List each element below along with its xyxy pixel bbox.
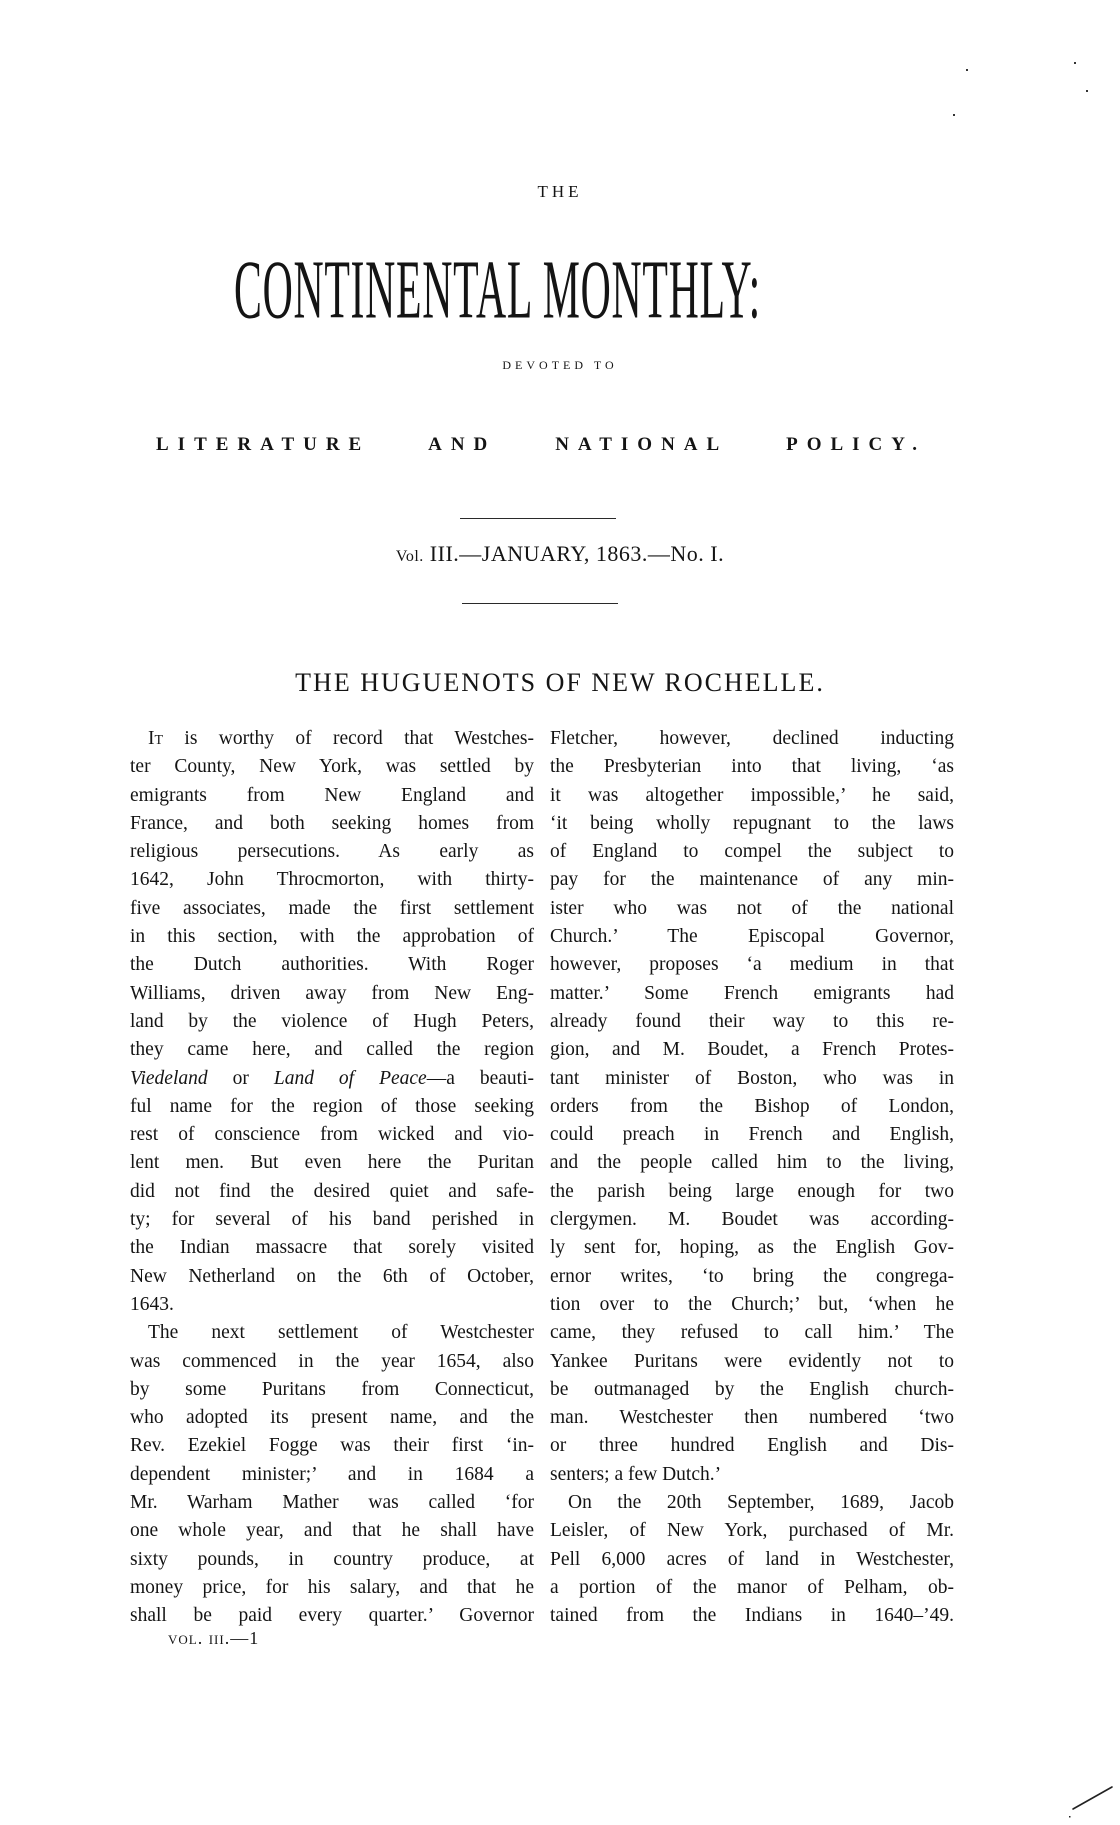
text-line: Rev. Ezekiel Fogge was their first ‘in- (130, 1432, 534, 1460)
text-line: pay for the maintenance of any min- (550, 866, 954, 894)
text-line: came, they refused to call him.’ The (550, 1319, 954, 1347)
scan-speck (966, 69, 968, 71)
text-line: 1642, John Throcmorton, with thirty- (130, 866, 534, 894)
magazine-title: CONTINENTAL MONTHLY: (234, 254, 850, 326)
text-line: ‘it being wholly repugnant to the laws (550, 810, 954, 838)
text-line: be outmanaged by the English church- (550, 1376, 954, 1404)
text-line: On the 20th September, 1689, Jacob (550, 1489, 954, 1517)
text-line: and the people called him to the living, (550, 1149, 954, 1177)
text-line: money price, for his salary, and that he (130, 1574, 534, 1602)
text-line: ly sent for, hoping, as the English Gov- (550, 1234, 954, 1262)
text-line: New Netherland on the 6th of October, (130, 1263, 534, 1291)
italic-place-name: Viedeland (130, 1068, 208, 1089)
text-line: could preach in French and English, (550, 1121, 954, 1149)
text-line: ter County, New York, was settled by (130, 753, 534, 781)
masthead-the: THE (0, 182, 1120, 202)
text-line: one whole year, and that he shall have (130, 1517, 534, 1545)
text-line: orders from the Bishop of London, (550, 1093, 954, 1121)
text-line: land by the violence of Hugh Peters, (130, 1008, 534, 1036)
text-line: by some Puritans from Connecticut, (130, 1376, 534, 1404)
text-line: Church.’ The Episcopal Governor, (550, 923, 954, 951)
text-line: clergymen. M. Boudet was according- (550, 1206, 954, 1234)
right-text-column: Fletcher, however, declined inducting th… (550, 725, 954, 1631)
text-line: The next settlement of Westchester (130, 1319, 534, 1347)
magazine-title-text: CONTINENTAL MONTHLY: (234, 238, 761, 342)
text-line: was commenced in the year 1654, also (130, 1348, 534, 1376)
text-line: of England to compel the subject to (550, 838, 954, 866)
text-line: ful name for the region of those seeking (130, 1093, 534, 1121)
text-line: it was altogether impossible,’ he said, (550, 782, 954, 810)
text-line: tion over to the Church;’ but, ‘when he (550, 1291, 954, 1319)
text-line: shall be paid every quarter.’ Governor (130, 1602, 534, 1630)
text-line: who adopted its present name, and the (130, 1404, 534, 1432)
text-line: Williams, driven away from New Eng- (130, 980, 534, 1008)
text-line: lent men. But even here the Puritan (130, 1149, 534, 1177)
text-line: gion, and M. Boudet, a French Protes- (550, 1036, 954, 1064)
text-line: five associates, made the first settleme… (130, 895, 534, 923)
magazine-subtitle: LITERATURE AND NATIONAL POLICY. (156, 434, 926, 456)
signature-mark: vol. iii.—1 (168, 1628, 259, 1649)
text-line: tant minister of Boston, who was in (550, 1065, 954, 1093)
italic-place-translation: Land of Peace (274, 1068, 427, 1089)
text-line: ernor writes, ‘to bring the congrega- (550, 1263, 954, 1291)
text-line: Viedeland or Land of Peace—a beauti- (130, 1065, 534, 1093)
text-line: Pell 6,000 acres of land in Westchester, (550, 1546, 954, 1574)
volume-prefix: Vol. (396, 548, 424, 565)
text-line: the Dutch authorities. With Roger (130, 951, 534, 979)
text-line: the Indian massacre that sorely visited (130, 1234, 534, 1262)
text-line: a portion of the manor of Pelham, ob- (550, 1574, 954, 1602)
text-line: sixty pounds, in country produce, at (130, 1546, 534, 1574)
text-line: rest of conscience from wicked and vio- (130, 1121, 534, 1149)
volume-issue-line: Vol. III.—JANUARY, 1863.—No. I. (0, 541, 1120, 567)
devoted-to-label: DEVOTED TO (0, 358, 1120, 373)
text-line: however, proposes ‘a medium in that (550, 951, 954, 979)
pencil-stroke-icon (1060, 1780, 1120, 1825)
scan-speck (953, 114, 955, 116)
text-line: Fletcher, however, declined inducting (550, 725, 954, 753)
text-line: Yankee Puritans were evidently not to (550, 1348, 954, 1376)
text-line: in this section, with the approbation of (130, 923, 534, 951)
volume-issue-date: III.—JANUARY, 1863.—No. I. (424, 541, 724, 566)
text-line: Leisler, of New York, purchased of Mr. (550, 1517, 954, 1545)
drop-word: It (148, 728, 163, 749)
scan-speck (1086, 90, 1088, 92)
signature-text: vol. iii.—1 (168, 1628, 259, 1648)
text-line: matter.’ Some French emigrants had (550, 980, 954, 1008)
top-rule-divider (460, 518, 616, 519)
article-heading: THE HUGUENOTS OF NEW ROCHELLE. (0, 668, 1120, 698)
text-line: ty; for several of his band perished in (130, 1206, 534, 1234)
text-line: they came here, and called the region (130, 1036, 534, 1064)
left-text-column: It is worthy of record that Westches- te… (130, 725, 534, 1631)
text-line: senters; a few Dutch.’ (550, 1461, 954, 1489)
text-line: emigrants from New England and (130, 782, 534, 810)
text-line: tained from the Indians in 1640–’49. (550, 1602, 954, 1630)
text-line: ister who was not of the national (550, 895, 954, 923)
bottom-rule-divider (462, 603, 618, 604)
text-line: already found their way to this re- (550, 1008, 954, 1036)
text-line: or three hundred English and Dis- (550, 1432, 954, 1460)
text-line: the parish being large enough for two (550, 1178, 954, 1206)
text-line: religious persecutions. As early as (130, 838, 534, 866)
text-line: dependent minister;’ and in 1684 a (130, 1461, 534, 1489)
scan-speck (1074, 62, 1076, 64)
text-line: Mr. Warham Mather was called ‘for (130, 1489, 534, 1517)
text-line: did not find the desired quiet and safe- (130, 1178, 534, 1206)
text-line: 1643. (130, 1291, 534, 1319)
text-line: France, and both seeking homes from (130, 810, 534, 838)
text-line: the Presbyterian into that living, ‘as (550, 753, 954, 781)
text-line: man. Westchester then numbered ‘two (550, 1404, 954, 1432)
text-line: It is worthy of record that Westches- (130, 725, 534, 753)
